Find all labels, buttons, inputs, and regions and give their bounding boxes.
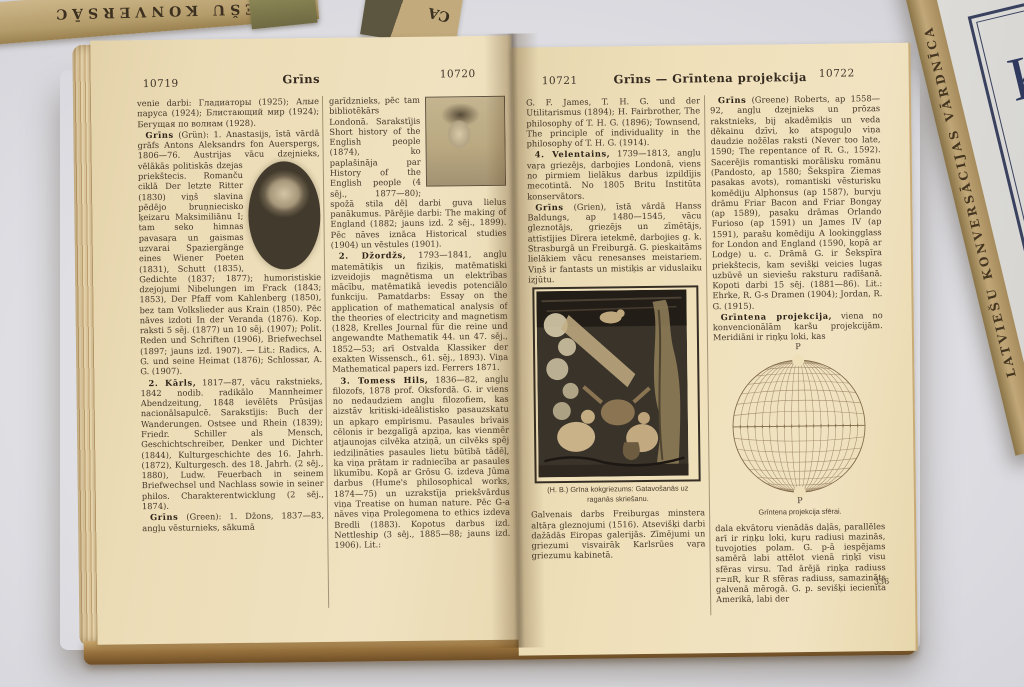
- woodcut-illustration: [532, 285, 700, 483]
- paragraph: Galvenais darbs Freiburgas minstera altā…: [531, 508, 706, 562]
- page-number: 336: [874, 577, 889, 586]
- paragraph: Grīntena projekcija, viena no konvencion…: [713, 310, 883, 343]
- text-column: Grīns (Greene) Roberts, ap 1558—92, angļ…: [710, 93, 886, 627]
- background-spine-text: EŠU KONVERSĀC: [50, 0, 255, 21]
- entry-lead: 2. Kārls,: [148, 377, 196, 388]
- entry-lead: 2. Džordžs,: [339, 250, 406, 261]
- column-number: 10722: [819, 67, 855, 79]
- entry-lead: 3. Tomess Hils,: [340, 374, 428, 385]
- entry-lead: Grīns: [718, 95, 746, 105]
- entry-lead: 4. Velentains,: [535, 149, 611, 160]
- text-column: G. F. James, T. H. G. und der Utilitaris…: [526, 95, 706, 629]
- paragraph: Grīns (Greene) Roberts, ap 1558—92, angļ…: [710, 93, 883, 311]
- background-fragment-text: CA: [427, 4, 452, 25]
- photo-scene: EŠU KONVERSĀC CA KO LATVIEŠU KONVERSĀCIJ…: [0, 0, 1024, 687]
- woodcut-caption: (H. B.) Grīna kokgriezums: Gatavošanās u…: [539, 484, 697, 505]
- projection-diagram: P P Grīntena projekcija sfērai.: [723, 342, 875, 518]
- paragraph: venie darbi: Гладиаторы (1925); Алые пар…: [137, 96, 319, 129]
- paragraph: G. F. James, T. H. G. und der Utilitaris…: [526, 95, 701, 149]
- paragraph: 3. Tomess Hils, 1836—82, angļu filozofs,…: [332, 373, 510, 550]
- paragraph: 2. Džordžs, 1793—1841, angļu matemātiķis…: [331, 249, 508, 375]
- paragraph: Grīns (Green): 1. Džons, 1837—83, angļu …: [142, 510, 324, 533]
- diagram-caption: Grīntena projekcija sfērai.: [733, 506, 867, 517]
- text-column: venie darbi: Гладиаторы (1925); Алые пар…: [137, 96, 325, 612]
- paragraph: Grīns (Grien), īstā vārdā Hanss Baldungs…: [527, 200, 702, 284]
- paragraph: Grīns (Grün): 1. Anastasijs, īstā vārdā …: [137, 128, 322, 377]
- entry-lead: Grīns: [145, 130, 173, 140]
- paragraph: dala ekvātoru vienādās daļās, parallēles…: [715, 521, 886, 605]
- grinten-projection-grid: [723, 350, 875, 502]
- right-page: 10721 Grīns — Grīntena projekcija 10722 …: [511, 43, 917, 656]
- left-page: 10719 Grīns 10720 venie darbi: Гладиатор…: [90, 36, 518, 645]
- paragraph: 2. Kārls, 1817—87, vācu rakstnieks, 1842…: [140, 376, 324, 512]
- witches-sabbath-woodcut: [536, 290, 688, 478]
- paragraph: garīdznieks, pēc tam bibliotēkārs London…: [329, 94, 507, 250]
- paragraph: 4. Velentains, 1739—1813, angļu vaŗa gri…: [527, 148, 702, 202]
- portrait-photo-oval: [248, 161, 321, 270]
- column-number: 10720: [440, 68, 476, 80]
- entry-lead: Grīns: [150, 512, 178, 522]
- book-gutter: [484, 33, 545, 648]
- background-book-fragment: [248, 0, 317, 29]
- open-book: 10719 Grīns 10720 venie darbi: Гладиатор…: [46, 23, 920, 668]
- text-column: garīdznieks, pēc tam bibliotēkārs London…: [329, 94, 511, 610]
